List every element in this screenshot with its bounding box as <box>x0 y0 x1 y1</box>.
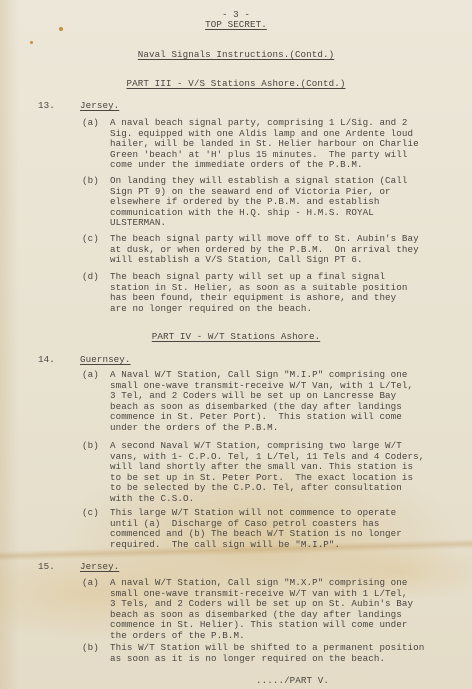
text-line: required. The call sign will be "M.I.P". <box>110 540 340 551</box>
text-line: ULSTERMAN. <box>110 218 166 229</box>
item-label: (a) <box>82 370 99 381</box>
part-4-heading: PART IV - W/T Stations Ashore. <box>0 332 472 343</box>
text-line: A naval W/T Station, Call sign "M.X.P" c… <box>110 578 408 589</box>
document-page: - 3 - TOP SECRET. Naval Signals Instruct… <box>0 0 472 689</box>
text-line: This W/T Station will be shifted to a pe… <box>110 643 424 654</box>
text-line: are no longer required on the beach. <box>110 304 312 315</box>
item-label: (a) <box>82 118 99 129</box>
item-label: (b) <box>82 643 99 654</box>
text-line: A second Naval W/T Station, comprising t… <box>110 441 402 452</box>
section-title: Guernsey. <box>80 355 131 366</box>
section-number: 14. <box>38 355 55 366</box>
text-line: This large W/T Station will not commence… <box>110 508 396 519</box>
document-title: Naval Signals Instructions.(Contd.) <box>0 50 472 61</box>
text-line: come under the immediate orders of the P… <box>110 160 363 171</box>
text-line: under the orders of the P.B.M. <box>110 423 278 434</box>
text-line: On landing they will establish a signal … <box>110 176 408 187</box>
text-line: as soon as it is no longer required on t… <box>110 654 385 665</box>
text-line: the orders of the P.B.M. <box>110 631 245 642</box>
section-title: Jersey. <box>80 562 119 573</box>
text-line: The beach signal party will move off to … <box>110 234 419 245</box>
continuation-marker: ...../PART V. <box>256 676 329 687</box>
item-label: (c) <box>82 234 99 245</box>
item-label: (a) <box>82 578 99 589</box>
text-line: A Naval W/T Station, Call Sign "M.I.P" c… <box>110 370 408 381</box>
section-number: 13. <box>38 101 55 112</box>
item-label: (c) <box>82 508 99 519</box>
text-line: A naval beach signal party, comprising 1… <box>110 118 408 129</box>
section-number: 15. <box>38 562 55 573</box>
text-line: with the C.S.O. <box>110 494 194 505</box>
classification-marking: TOP SECRET. <box>0 20 472 31</box>
item-label: (d) <box>82 272 99 283</box>
item-label: (b) <box>82 176 99 187</box>
item-label: (b) <box>82 441 99 452</box>
text-line: The beach signal party will set up a fin… <box>110 272 385 283</box>
pin-hole <box>30 41 33 44</box>
part-3-heading: PART III - V/S Stations Ashore.(Contd.) <box>0 79 472 90</box>
section-title: Jersey. <box>80 101 119 112</box>
text-line: will establish a V/S Station, Call Sign … <box>110 255 363 266</box>
